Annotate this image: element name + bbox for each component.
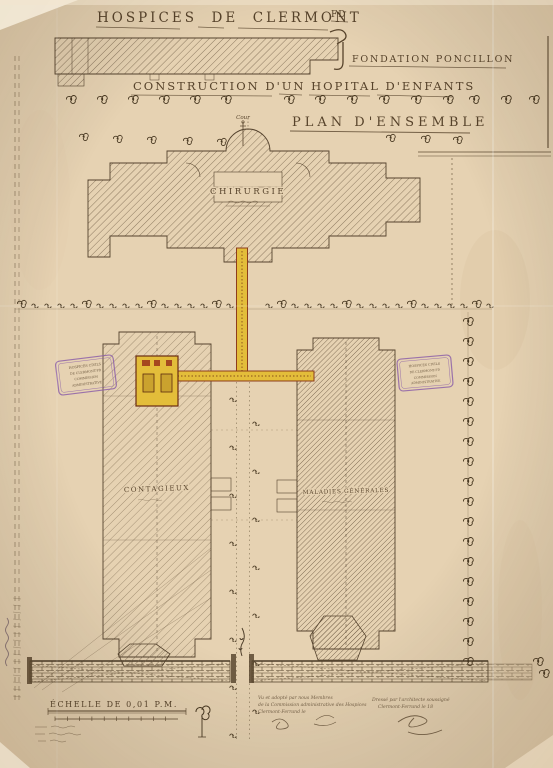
site-plan-drawing: HOSPICES DE CLERMONT FD FONDATION PONCIL… (0, 0, 553, 768)
scan-artifacts (0, 0, 553, 768)
scanned-plan-sheet: HOSPICES DE CLERMONT FD FONDATION PONCIL… (0, 0, 553, 768)
